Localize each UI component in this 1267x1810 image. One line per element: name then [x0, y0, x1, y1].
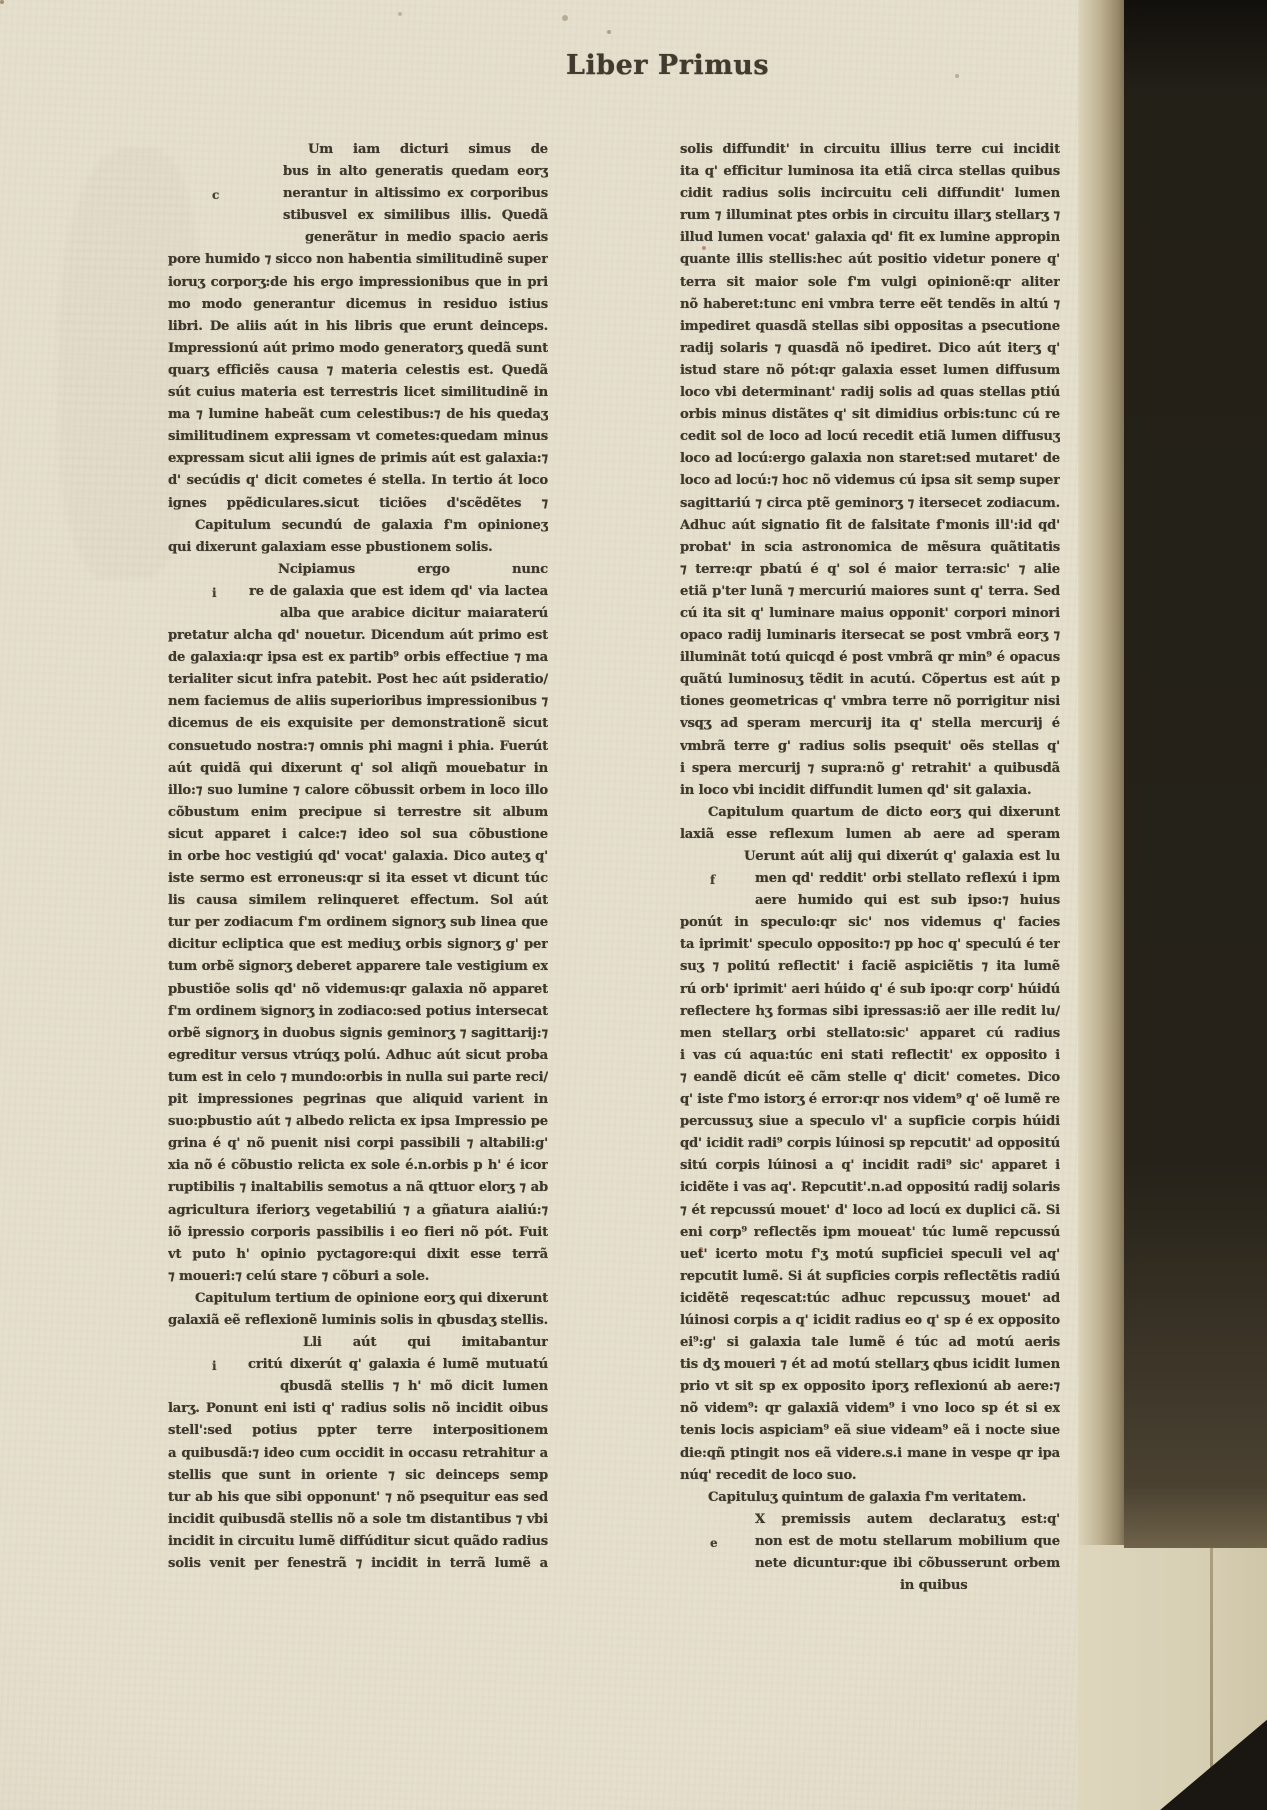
text-line: cidit radius solis incircuitu celi diffu…: [680, 183, 1060, 205]
text-line: vsqʒ ad speram mercurij ita q' stella me…: [680, 713, 1060, 735]
text-line: galaxiã eẽ reflexionẽ luminis solis in q…: [168, 1310, 548, 1332]
text-line: d' secúdis q' dicit cometes é stella. In…: [168, 470, 548, 492]
text-line: nõ videm⁹: qr galaxiã videm⁹ i vno loco …: [680, 1398, 1060, 1420]
text-line: tur per zodiacum f'm ordinem signorʒ sub…: [168, 912, 548, 934]
text-line: qui dixerunt galaxiam esse pbustionem so…: [168, 537, 548, 559]
text-line: pretatur alcha qd' nouetur. Dicendum aút…: [168, 625, 548, 647]
text-line: i vas cú aqua:túc eni stati reflectit' e…: [680, 1045, 1060, 1067]
text-line: critú dixerút q' galaxia é lumẽ mutuatú …: [168, 1354, 548, 1376]
text-line: die:qñ ptingit nos eã videre.s.i mane in…: [680, 1443, 1060, 1465]
text-line: solis venit per fenestrã ⁊ incidit in te…: [168, 1553, 548, 1575]
text-line: eni corp⁹ reflectẽs ipm moueat' túc lumẽ…: [680, 1222, 1060, 1244]
running-title: Liber Primus: [566, 50, 766, 81]
text-line: a quibusdã:⁊ ideo cum occidit in occasu …: [168, 1443, 548, 1465]
text-line: tis dʒ moueri ⁊ ét ad motú stellarʒ qbus…: [680, 1354, 1060, 1376]
text-line: similitudinem expressam vt cometes:queda…: [168, 426, 548, 448]
text-line: generãtur in medio spacio aeris ex va/: [168, 227, 548, 249]
text-line: quarʒ efficiẽs causa ⁊ materia celestis …: [168, 360, 548, 382]
text-line: Capitulum secundú de galaxia f'm opinion…: [168, 515, 548, 537]
text-line: in orbe hoc vestigiú qd' vocat' galaxia.…: [168, 846, 548, 868]
text-line: expressam sicut alii ignes de primis aút…: [168, 448, 548, 470]
text-line: istud stare nõ pót:qr galaxia esset lume…: [680, 360, 1060, 382]
text-line: laxiã esse reflexum lumen ab aere ad spe…: [680, 824, 1060, 846]
text-line: ⁊ eandẽ dicút eẽ cãm stelle q' dicit' co…: [680, 1067, 1060, 1089]
text-line: suo:pbustio aút ⁊ albedo relicta ex ipsa…: [168, 1111, 548, 1133]
text-line: Um iam dicturi simus de impressioni/: [168, 139, 548, 161]
text-line: icidẽtẽ reqescat:túc adhuc repcussuʒ mou…: [680, 1288, 1060, 1310]
text-line: tum est in celo ⁊ mundo:orbis in nulla s…: [168, 1067, 548, 1089]
text-line: nem faciemus de aliis superioribus impre…: [168, 691, 548, 713]
text-line: rú orb' iprimit' aeri húido q' é sub ipo…: [680, 979, 1060, 1001]
text-line: alba que arabice dicitur maiaraterú qd' …: [168, 603, 548, 625]
text-line: dicitur ecliptica que est mediuʒ orbis s…: [168, 934, 548, 956]
text-line: Capituluʒ quintum de galaxia f'm veritat…: [680, 1487, 1060, 1509]
guide-letter: i: [212, 582, 217, 603]
text-line: suʒ ⁊ politú reflectit' i faciẽ aspiciẽt…: [680, 956, 1060, 978]
text-line: cedit sol de loco ad locú recedit etiã l…: [680, 426, 1060, 448]
text-line: solis diffundit' in circuitu illius terr…: [680, 139, 1060, 161]
text-line: ignes ppẽdiculares.sicut ticiões d'scẽdẽ…: [168, 493, 548, 515]
text-line: sicut apparet i calce:⁊ ideo sol sua cõb…: [168, 824, 548, 846]
text-line: aere humido qui est sub ipso:⁊ huius sim…: [680, 890, 1060, 912]
text-line: consuetudo nostra:⁊ omnis phi magni i ph…: [168, 736, 548, 758]
text-line: nõ haberet:tunc eni vmbra terre eẽt tend…: [680, 294, 1060, 316]
guide-letter: e: [710, 1532, 718, 1553]
text-line: qbusdã stellis ⁊ h' mõ dicit lumen illar…: [168, 1376, 548, 1398]
text-line: xia nõ é cõbustio relicta ex sole é.n.or…: [168, 1155, 548, 1177]
text-line: radij solaris ⁊ quasdã nõ ipediret. Dico…: [680, 338, 1060, 360]
text-line: loco ad locú:⁊ hoc nõ videmus cú ipsa si…: [680, 470, 1060, 492]
text-line: incidit quibusdã stellis nõ a sole tm di…: [168, 1509, 548, 1531]
text-line: terra sit maior sole f'm vulgi opinionẽ:…: [680, 272, 1060, 294]
text-line: non est de motu stellarum mobilium que p…: [680, 1531, 1060, 1553]
text-line: ruptibilis ⁊ inaltabilis semotus a nã qt…: [168, 1177, 548, 1199]
text-line: stell':sed potius ppter terre interposit…: [168, 1420, 548, 1442]
text-line: grina é q' nõ puenit nisi corpi passibil…: [168, 1133, 548, 1155]
text-line: ei⁹:g' si galaxia tale lumẽ é túc ad mot…: [680, 1332, 1060, 1354]
text-line: vt puto h' opinio pyctagore:qui dixit es…: [168, 1244, 548, 1266]
text-line: tiones geometricas q' vmbra terre nõ por…: [680, 691, 1060, 713]
text-line: quante illis stellis:hec aút positio vid…: [680, 249, 1060, 271]
text-line: de galaxia:qr ipsa est ex partib⁹ orbis …: [168, 647, 548, 669]
text-line: cõbustum enim precipue si terrestre sit …: [168, 802, 548, 824]
text-line: etiã p'ter lunã ⁊ mercuriú maiores sunt …: [680, 581, 1060, 603]
text-line: dicemus de eis exquisite per demonstrati…: [168, 713, 548, 735]
text-line: re de galaxia que est idem qd' via lacte…: [168, 581, 548, 603]
text-line: loco ad locú:ergo galaxia non staret:sed…: [680, 448, 1060, 470]
text-line: lis causa similem relinqueret effectum. …: [168, 890, 548, 912]
text-line: qd' icidit radi⁹ corpis lúinosi sp repcu…: [680, 1133, 1060, 1155]
text-column-left: Um iam dicturi simus de impressioni/bus …: [168, 139, 548, 1575]
text-line: pore humido ⁊ sicco non habentia similit…: [168, 249, 548, 271]
text-line: sitú corpis lúinosi a q' incidit radi⁹ s…: [680, 1155, 1060, 1177]
text-line: ioruʒ corporʒ:de his ergo impressionibus…: [168, 272, 548, 294]
text-line: nerantur in altissimo ex corporibus cele…: [168, 183, 548, 205]
text-line: tum orbẽ signorʒ deberet apparere tale v…: [168, 956, 548, 978]
text-line: percussuʒ siue a speculo vl' a supficie …: [680, 1111, 1060, 1133]
text-line: Lli aút qui imitabantur anaxagoraʒ ⁊ dem…: [168, 1332, 548, 1354]
guide-letter: i: [212, 1355, 217, 1376]
text-line: incidit in circuitu lumẽ diffúditur sicu…: [168, 1531, 548, 1553]
text-line: pbustiõe solis qd' nõ videmus:qr galaxia…: [168, 979, 548, 1001]
text-line: loco vbi determinant' radij solis ad qua…: [680, 382, 1060, 404]
text-line: illuminãt totú quicqd é post vmbrã qr mi…: [680, 647, 1060, 669]
text-line: reflectere hʒ formas sibi ipressas:iõ ae…: [680, 1001, 1060, 1023]
text-line: Adhuc aút signatio fit de falsitate f'mo…: [680, 515, 1060, 537]
text-line: quãtú luminosuʒ tẽdit in acutú. Cõpertus…: [680, 669, 1060, 691]
text-line: ma ⁊ lumine habeãt cum celestibus:⁊ de h…: [168, 404, 548, 426]
text-line: agricultura iferiorʒ vegetabiliú ⁊ a gña…: [168, 1200, 548, 1222]
text-line: impediret quasdã stellas sibi oppositas …: [680, 316, 1060, 338]
text-line: stibusvel ex similibus illis. Quedã aút: [168, 205, 548, 227]
fore-edge-strip: [1078, 0, 1128, 1545]
text-line: egreditur versus vtrúqʒ polú. Adhuc aút …: [168, 1045, 548, 1067]
text-line: núq' recedit de loco suo.: [680, 1465, 1060, 1487]
text-line: Uerunt aút alij qui dixerút q' galaxia e…: [680, 846, 1060, 868]
text-line: uet' icerto motu f'ʒ motú supficiei spec…: [680, 1244, 1060, 1266]
text-line: prio vt sit sp ex opposito iporʒ reflexi…: [680, 1376, 1060, 1398]
text-line: iõ ipressio corporis passibilis i eo fie…: [168, 1222, 548, 1244]
text-line: larʒ. Ponunt eni isti q' radius solis nõ…: [168, 1398, 548, 1420]
text-line: nete dicuntur:que ibi cõbusserunt orbem …: [680, 1553, 1060, 1575]
text-line: lúinosi corpis a q' icidit radius eo q' …: [680, 1310, 1060, 1332]
text-line: aút quidã qui dixerunt q' sol aliqñ moue…: [168, 758, 548, 780]
text-line: orbẽ signorʒ in duobus signis geminorʒ ⁊…: [168, 1023, 548, 1045]
text-line: ponút in speculo:qr sic' nos videmus q' …: [680, 912, 1060, 934]
text-line: libri. De aliis aút in his libris que er…: [168, 316, 548, 338]
guide-letter: f: [710, 869, 715, 890]
book-page-scan: Liber Primus Um iam dicturi simus de imp…: [0, 0, 1267, 1810]
text-line: tenis locis aspiciam⁹ eã siue videam⁹ eã…: [680, 1420, 1060, 1442]
text-line: X premissis autem declaratuʒ est:q' gala…: [680, 1509, 1060, 1531]
text-line: men stellarʒ orbi stellato:sic' apparet …: [680, 1023, 1060, 1045]
text-line: ta iprimit' speculo opposito:⁊ pp hoc q'…: [680, 934, 1060, 956]
text-line: rum ⁊ illuminat ptes orbis in circuitu i…: [680, 205, 1060, 227]
text-line: cú ita sit q' luminare maius opponit' co…: [680, 603, 1060, 625]
text-line: in loco vbi incidit diffundit lumen qd' …: [680, 780, 1060, 802]
text-line: Capitulum tertium de opinione eorʒ qui d…: [168, 1288, 548, 1310]
text-line: repcutit lumẽ. Si át supficies corpis re…: [680, 1266, 1060, 1288]
text-line: ⁊ terre:qr pbatú é q' sol é maior terra:…: [680, 559, 1060, 581]
guide-letter: c: [212, 184, 219, 205]
text-column-right: solis diffundit' in circuitu illius terr…: [680, 139, 1060, 1597]
catchword: in quibus: [680, 1575, 1060, 1597]
text-line: Ncipiamus ergo nunc considerationeʒ face…: [168, 559, 548, 581]
text-line: sút cuius materia est terrestris licet s…: [168, 382, 548, 404]
text-line: illud lumen vocat' galaxia qd' fit ex lu…: [680, 227, 1060, 249]
text-line: mo modo generantur dicemus in residuo is…: [168, 294, 548, 316]
text-line: bus in alto generatis quedam eorʒ ge/: [168, 161, 548, 183]
text-line: orbis minus distãtes q' sit dimidius orb…: [680, 404, 1060, 426]
text-line: opaco radij luminaris itersecat se post …: [680, 625, 1060, 647]
text-line: Impressionú aút primo modo generatorʒ qu…: [168, 338, 548, 360]
text-line: iste sermo est erroneus:qr si ita esset …: [168, 868, 548, 890]
text-line: ⁊ ét repcussú mouet' d' loco ad locú ex …: [680, 1200, 1060, 1222]
text-line: ita q' efficitur luminosa ita etiã circa…: [680, 161, 1060, 183]
text-line: illo:⁊ suo lumine ⁊ calore cõbussit orbe…: [168, 780, 548, 802]
text-line: q' iste f'mo istorʒ é error:qr nos videm…: [680, 1089, 1060, 1111]
text-line: stellis que sunt in oriente ⁊ sic deince…: [168, 1465, 548, 1487]
text-line: i spera mercurij ⁊ supra:nõ g' retrahit'…: [680, 758, 1060, 780]
text-line: icidẽte i vas aq'. Repcutit'.n.ad opposi…: [680, 1177, 1060, 1199]
text-line: ⁊ moueri:⁊ celú stare ⁊ cõburi a sole.: [168, 1266, 548, 1288]
text-line: men qd' reddit' orbi stellato reflexú i …: [680, 868, 1060, 890]
text-line: probat' in scia astronomica de mẽsura qu…: [680, 537, 1060, 559]
text-line: Capitulum quartum de dicto eorʒ qui dixe…: [680, 802, 1060, 824]
text-line: tur ab his que sibi opponunt' ⁊ nõ psequ…: [168, 1487, 548, 1509]
scan-background: [1124, 0, 1267, 1548]
text-line: sagittariú ⁊ circa ptẽ geminorʒ ⁊ iterse…: [680, 493, 1060, 515]
text-line: pit impressiones pegrinas que aliquid va…: [168, 1089, 548, 1111]
text-line: f'm ordinem signorʒ in zodiaco:sed potiu…: [168, 1001, 548, 1023]
text-line: terialiter sicut infra patebit. Post hec…: [168, 669, 548, 691]
paper-specks: [0, 0, 4, 4]
text-line: vmbrã terre g' radius solis psequit' oẽs…: [680, 736, 1060, 758]
